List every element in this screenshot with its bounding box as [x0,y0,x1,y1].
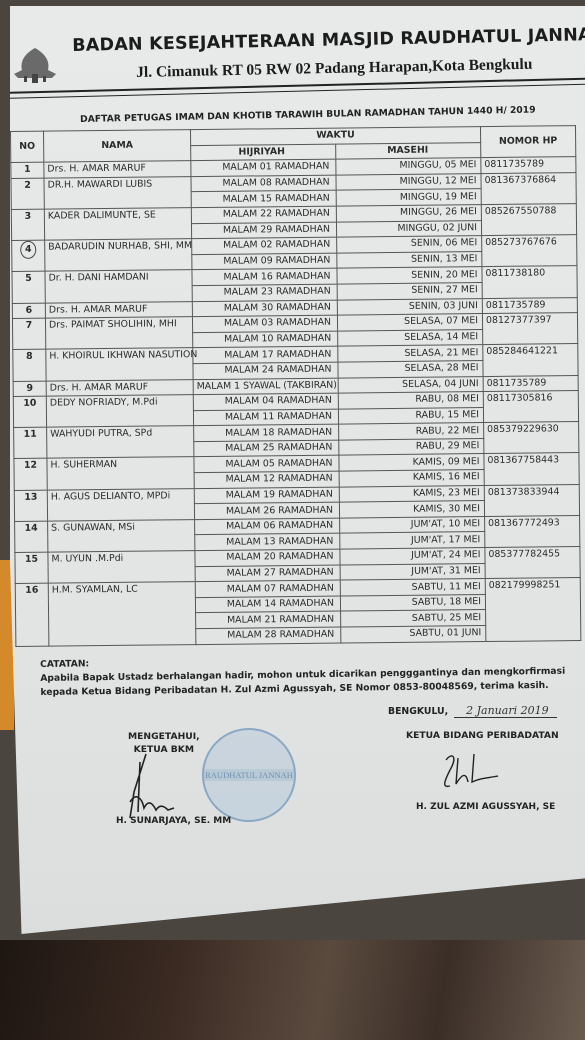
hijriyah-date: MALAM 20 RAMADHAN [195,549,340,566]
hijriyah-date: MALAM 02 RAMADHAN [192,237,337,254]
masehi-date: SELASA, 21 MEI [338,345,483,362]
header-nomor-hp: NOMOR HP [480,126,575,158]
row-number: 7 [12,318,45,350]
masehi-date: SENIN, 20 MEI [337,267,482,284]
phone-number: 085267550788 [481,204,576,236]
row-number: 1 [11,162,44,178]
phone-number: 085284641221 [483,344,578,376]
masehi-date: SELASA, 14 MEI [338,329,483,346]
row-number: 9 [13,381,46,397]
floor-rug [0,940,585,1040]
hijriyah-date: MALAM 01 RAMADHAN [191,159,336,176]
officer-name: BADARUDIN NURHAB, SHI, MM [45,239,192,272]
row-number: 12 [14,459,47,491]
officer-name: M. UYUN .M.Pdi [48,551,195,584]
masehi-date: KAMIS, 09 MEI [339,454,484,471]
document-title: DAFTAR PETUGAS IMAM DAN KHOTIB TARAWIH B… [80,104,536,125]
signature-right-icon [436,748,506,798]
phone-number: 08127377397 [482,313,577,345]
row-number: 16 [15,583,49,646]
hijriyah-date: MALAM 22 RAMADHAN [191,206,336,223]
phone-number: 0811738180 [482,266,577,298]
hijriyah-date: MALAM 09 RAMADHAN [192,253,337,270]
row-number: 13 [14,490,47,522]
masehi-date: KAMIS, 30 MEI [339,501,484,518]
hijriyah-date: MALAM 30 RAMADHAN [192,300,337,317]
masehi-date: JUM'AT, 24 MEI [340,548,485,565]
masehi-date: KAMIS, 23 MEI [339,485,484,502]
row-number: 15 [15,552,48,584]
row-number: 11 [14,427,47,459]
header-nama: NAMA [44,130,191,163]
masehi-date: KAMIS, 16 MEI [339,470,484,487]
phone-number: 081367376864 [481,172,576,204]
hijriyah-date: MALAM 14 RAMADHAN [195,596,340,613]
officer-name: H. AGUS DELIANTO, MPDi [47,488,194,521]
document-page: BADAN KESEJAHTERAAN MASJID RAUDHATUL JAN… [10,6,585,934]
officer-name: H. KHOIRUL IKHWAN NASUTION [46,348,193,381]
phone-number: 085273767676 [482,235,577,267]
phone-number: 085377782455 [485,547,580,579]
masehi-date: JUM'AT, 31 MEI [340,563,485,580]
masehi-date: RABU, 08 MEI [338,392,483,409]
masehi-date: SABTU, 01 JUNI [341,626,486,643]
hijriyah-date: MALAM 12 RAMADHAN [194,471,339,488]
schedule-table-body: 1Drs. H. AMAR MARUFMALAM 01 RAMADHANMING… [11,157,581,646]
schedule-table: NO NAMA WAKTU NOMOR HP HIJRIYAH MASEHI 1… [10,125,581,646]
phone-number: 085379229630 [484,422,579,454]
masehi-date: SELASA, 04 JUNI [338,376,483,393]
notes-section: CATATAN: Apabila Bapak Ustadz berhalanga… [40,650,581,700]
hijriyah-date: MALAM 19 RAMADHAN [194,487,339,504]
masehi-date: SELASA, 07 MEI [337,314,482,331]
masehi-date: MINGGU, 19 MEI [336,189,481,206]
masehi-date: SENIN, 03 JUNI [337,298,482,315]
phone-number: 081367758443 [484,453,579,485]
place-date: BENGKULU,2 Januari 2019 [388,704,557,717]
place-label: BENGKULU, [388,706,448,717]
hijriyah-date: MALAM 03 RAMADHAN [192,315,337,332]
row-number: 8 [13,349,46,381]
signature-left-icon [116,752,196,822]
hijriyah-date: MALAM 07 RAMADHAN [195,580,340,597]
officer-name: KADER DALIMUNTE, SE [44,208,191,241]
officer-name: Drs. PAIMAT SHOLIHIN, MHI [45,317,192,350]
masehi-date: JUM'AT, 10 MEI [340,516,485,533]
phone-number: 081373833944 [484,484,579,516]
row-number: 14 [15,521,48,553]
stamp-text: RAUDHATUL JANNAH [203,769,295,781]
row-number: 4 [12,240,45,272]
masehi-date: RABU, 15 MEI [338,407,483,424]
masehi-date: MINGGU, 02 JUNI [336,220,481,237]
masehi-date: SENIN, 13 MEI [337,251,482,268]
hijriyah-date: MALAM 26 RAMADHAN [194,502,339,519]
officer-name: DEDY NOFRIADY, M.Pdi [46,395,193,428]
phone-number: 082179998251 [485,578,581,641]
hijriyah-date: MALAM 16 RAMADHAN [192,268,337,285]
header-no: NO [11,131,44,163]
schedule-table-container: NO NAMA WAKTU NOMOR HP HIJRIYAH MASEHI 1… [10,125,581,646]
masehi-date: SENIN, 27 MEI [337,283,482,300]
header-divider [0,78,585,99]
hijriyah-date: MALAM 18 RAMADHAN [194,424,339,441]
hijriyah-date: MALAM 24 RAMADHAN [193,362,338,379]
row-number: 3 [11,209,44,241]
officer-name: S. GUNAWAN, MSi [48,519,195,552]
phone-number: 0811735789 [483,375,578,392]
hijriyah-date: MALAM 27 RAMADHAN [195,565,340,582]
hijriyah-date: MALAM 04 RAMADHAN [193,393,338,410]
pen-circle-mark: 4 [20,241,36,259]
masehi-date: SABTU, 25 MEI [341,610,486,627]
masehi-date: RABU, 22 MEI [339,423,484,440]
masehi-date: JUM'AT, 17 MEI [340,532,485,549]
officer-name: WAHYUDI PUTRA, SPd [47,426,194,459]
masehi-date: SELASA, 28 MEI [338,360,483,377]
hijriyah-date: MALAM 28 RAMADHAN [196,627,341,644]
hijriyah-date: MALAM 05 RAMADHAN [194,456,339,473]
phone-number: 08117305816 [483,391,578,423]
mosque-dome-icon [10,44,60,86]
masehi-date: RABU, 29 MEI [339,438,484,455]
officer-name: Dr. H. DANI HAMDANI [45,270,192,303]
signatory-right-name: H. ZUL AZMI AGUSSYAH, SE [416,802,555,812]
organization-address: Jl. Cimanuk RT 05 RW 02 Padang Harapan,K… [136,56,533,82]
header-hijriyah: HIJRIYAH [191,144,336,161]
officer-name: Drs. H. AMAR MARUF [45,301,192,318]
hijriyah-date: MALAM 11 RAMADHAN [193,409,338,426]
masehi-date: SENIN, 06 MEI [337,236,482,253]
organization-title: BADAN KESEJAHTERAAN MASJID RAUDHATUL JAN… [72,25,585,56]
hijriyah-date: MALAM 17 RAMADHAN [193,346,338,363]
stamp-seal-icon: RAUDHATUL JANNAH [202,728,296,822]
header-masehi: MASEHI [336,142,481,159]
phone-number: 081367772493 [485,515,580,547]
masehi-date: MINGGU, 12 MEI [336,173,481,190]
row-number: 5 [12,271,45,303]
masehi-date: SABTU, 18 MEI [340,594,485,611]
hijriyah-date: MALAM 10 RAMADHAN [193,331,338,348]
masehi-date: MINGGU, 26 MEI [336,205,481,222]
acknowledged-label: MENGETAHUI, [128,730,200,743]
signatory-left-name: H. SUNARJAYA, SE. MM [116,816,231,826]
handwritten-date: 2 Januari 2019 [454,704,556,718]
hijriyah-date: MALAM 25 RAMADHAN [194,440,339,457]
hijriyah-date: MALAM 29 RAMADHAN [191,222,336,239]
masehi-date: SABTU, 11 MEI [340,579,485,596]
hijriyah-date: MALAM 23 RAMADHAN [192,284,337,301]
officer-name: DR.H. MAWARDI LUBIS [44,176,191,209]
hijriyah-date: MALAM 1 SYAWAL (TAKBIRAN) [193,378,338,395]
officer-name: H.M. SYAMLAN, LC [48,582,196,646]
officer-name: Drs. H. AMAR MARUF [46,379,193,396]
row-number: 6 [12,303,45,319]
officer-name: H. SUHERMAN [47,457,194,490]
row-number: 2 [11,178,44,210]
row-number: 10 [13,396,46,428]
hijriyah-date: MALAM 13 RAMADHAN [195,534,340,551]
hijriyah-date: MALAM 08 RAMADHAN [191,175,336,192]
hijriyah-date: MALAM 15 RAMADHAN [191,190,336,207]
officer-name: Drs. H. AMAR MARUF [44,161,191,178]
phone-number: 0811735789 [481,157,576,174]
hijriyah-date: MALAM 06 RAMADHAN [195,518,340,535]
hijriyah-date: MALAM 21 RAMADHAN [196,611,341,628]
signatory-right-title: KETUA BIDANG PERIBADATAN [406,730,559,741]
phone-number: 0811735789 [482,297,577,314]
masehi-date: MINGGU, 05 MEI [336,158,481,175]
